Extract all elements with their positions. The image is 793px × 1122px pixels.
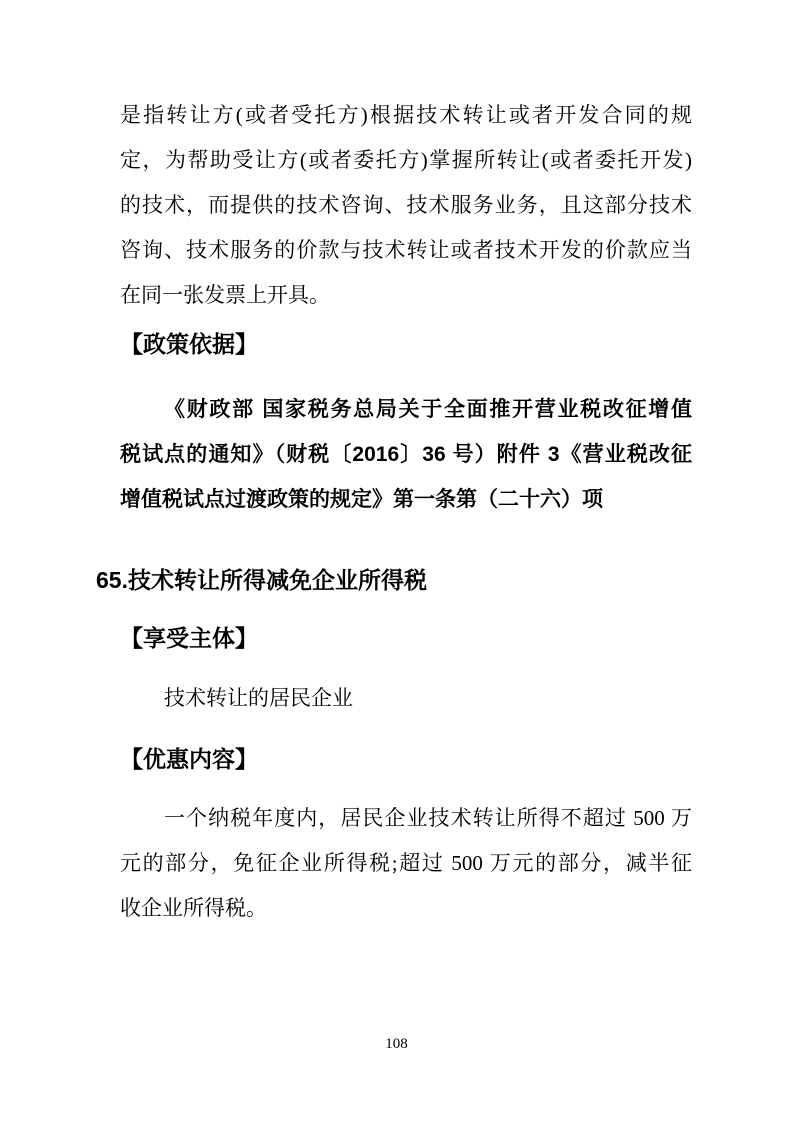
- paragraph-line: 收企业所得税。: [120, 886, 692, 931]
- paragraph-line: 税试点的通知》（财税〔2016〕36 号）附件 3《营业税改征: [120, 432, 692, 477]
- benefit-paragraph: 一个纳税年度内，居民企业技术转让所得不超过 500 万 元的部分，免征企业所得税…: [120, 796, 692, 931]
- continuation-paragraph: 是指转让方(或者受托方)根据技术转让或者开发合同的规 定，为帮助受让方(或者委托…: [120, 93, 692, 318]
- paragraph-line: 《财政部 国家税务总局关于全面推开营业税改征增值: [120, 387, 692, 432]
- paragraph-line: 技术转让的居民企业: [120, 676, 692, 721]
- benefit-heading: 【优惠内容】: [120, 737, 692, 782]
- paragraph-line: 咨询、技术服务的价款与技术转让或者技术开发的价款应当: [120, 228, 692, 273]
- paragraph-line: 定，为帮助受让方(或者委托方)掌握所转让(或者委托开发): [120, 138, 692, 183]
- paragraph-line: 元的部分，免征企业所得税;超过 500 万元的部分，减半征: [120, 841, 692, 886]
- beneficiary-paragraph: 技术转让的居民企业: [120, 676, 692, 721]
- policy-basis-paragraph: 《财政部 国家税务总局关于全面推开营业税改征增值 税试点的通知》（财税〔2016…: [120, 387, 692, 522]
- paragraph-line: 是指转让方(或者受托方)根据技术转让或者开发合同的规: [120, 93, 692, 138]
- paragraph-line: 在同一张发票上开具。: [120, 273, 692, 318]
- beneficiary-heading: 【享受主体】: [120, 616, 692, 661]
- paragraph-line: 增值税试点过渡政策的规定》第一条第（二十六）项: [120, 477, 692, 522]
- document-page: 是指转让方(或者受托方)根据技术转让或者开发合同的规 定，为帮助受让方(或者委托…: [0, 0, 793, 1122]
- page-content: 是指转让方(或者受托方)根据技术转让或者开发合同的规 定，为帮助受让方(或者委托…: [120, 93, 692, 931]
- paragraph-line: 一个纳税年度内，居民企业技术转让所得不超过 500 万: [120, 796, 692, 841]
- policy-basis-heading: 【政策依据】: [120, 322, 692, 367]
- page-number: 108: [0, 1036, 793, 1053]
- paragraph-line: 的技术，而提供的技术咨询、技术服务业务，且这部分技术: [120, 183, 692, 228]
- item-65-heading: 65.技术转让所得减免企业所得税: [96, 558, 692, 603]
